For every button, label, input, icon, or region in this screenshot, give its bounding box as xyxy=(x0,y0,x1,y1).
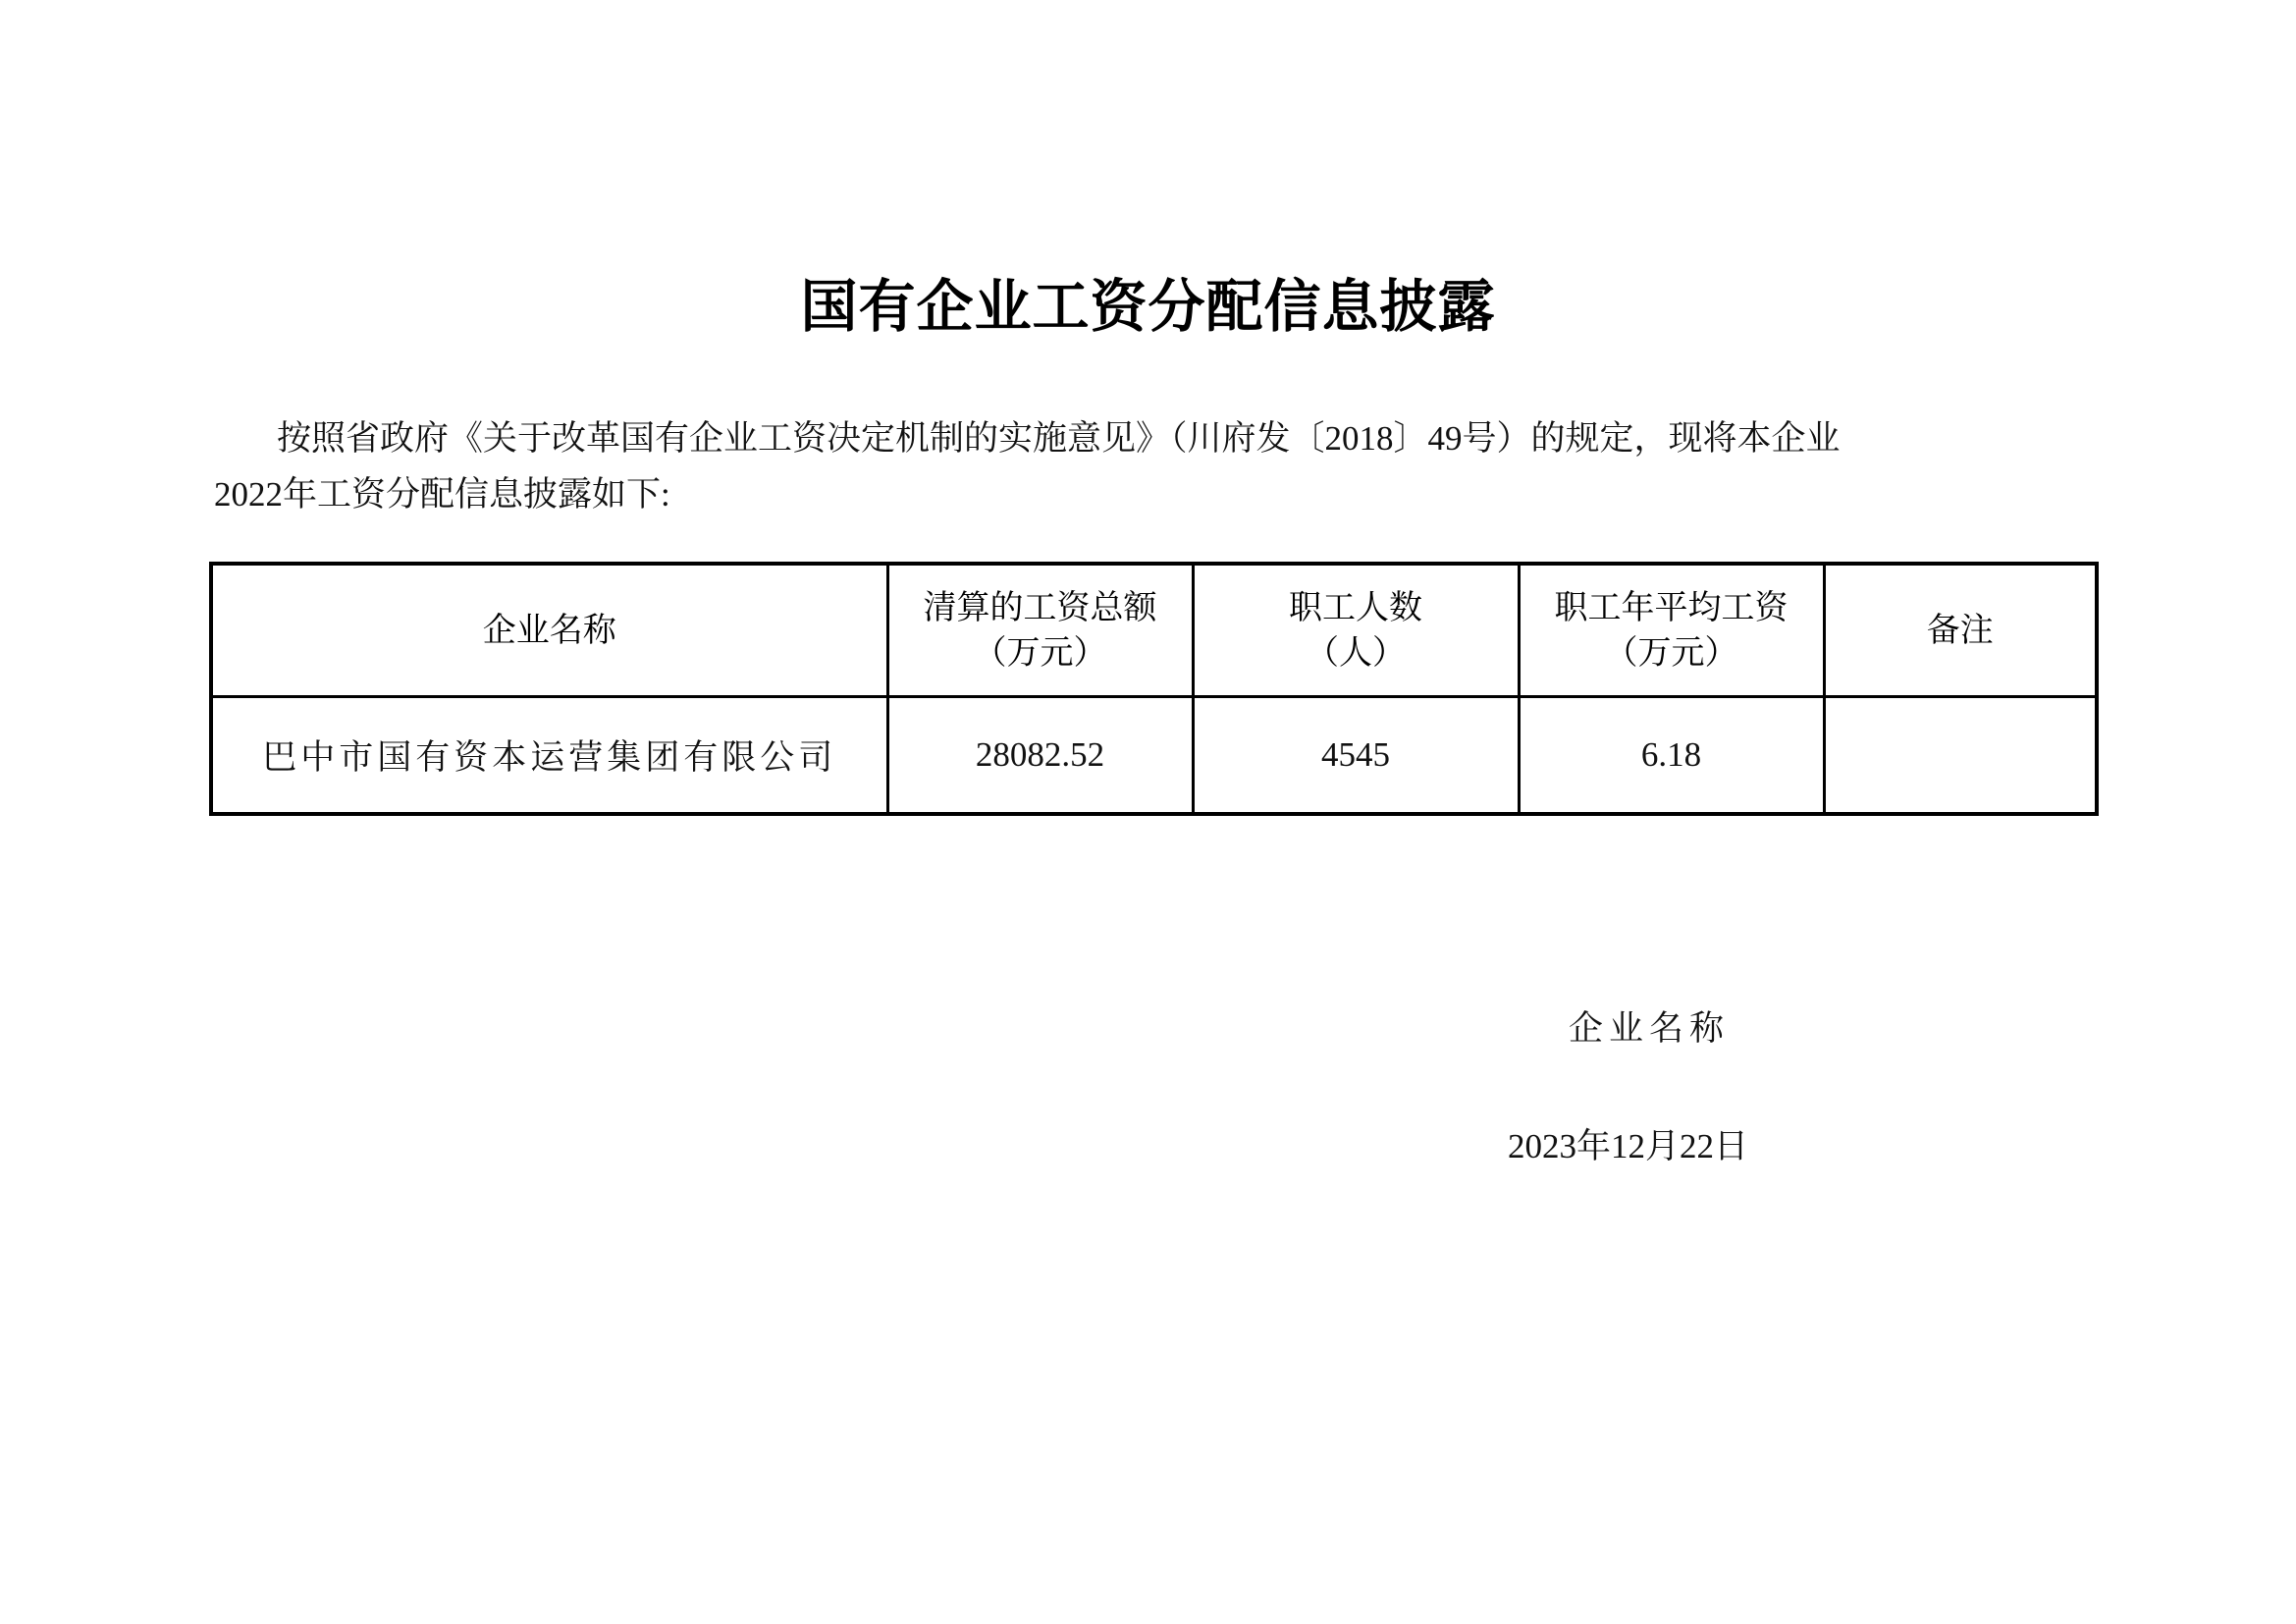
table-row: 巴中市国有资本运营集团有限公司 28082.52 4545 6.18 xyxy=(211,697,2097,815)
cell-employee-count: 4545 xyxy=(1193,697,1519,815)
header-total-wages: 清算的工资总额 （万元） xyxy=(887,564,1193,697)
signature-date: 2023年12月22日 xyxy=(1508,1119,1748,1168)
header-remarks: 备注 xyxy=(1824,564,2097,697)
cell-company-name: 巴中市国有资本运营集团有限公司 xyxy=(211,697,887,815)
intro-line-2: 2022年工资分配信息披露如下: xyxy=(214,466,2059,522)
intro-paragraph: 按照省政府《关于改革国有企业工资决定机制的实施意见》（川府发〔2018〕49号）… xyxy=(214,410,2059,522)
signature-company-name: 企业名称 xyxy=(1569,1001,1730,1051)
wage-disclosure-table: 企业名称 清算的工资总额 （万元） 职工人数 （人） 职工年平均工资 （万元） … xyxy=(209,562,2099,816)
cell-total-wages: 28082.52 xyxy=(887,697,1193,815)
table-header-row: 企业名称 清算的工资总额 （万元） 职工人数 （人） 职工年平均工资 （万元） … xyxy=(211,564,2097,697)
header-employee-count: 职工人数 （人） xyxy=(1193,564,1519,697)
document-page: 国有企业工资分配信息披露 按照省政府《关于改革国有企业工资决定机制的实施意见》（… xyxy=(0,0,2296,1624)
cell-average-wage: 6.18 xyxy=(1519,697,1824,815)
header-company-name: 企业名称 xyxy=(211,564,887,697)
header-average-wage: 职工年平均工资 （万元） xyxy=(1519,564,1824,697)
intro-line-1: 按照省政府《关于改革国有企业工资决定机制的实施意见》（川府发〔2018〕49号）… xyxy=(214,410,2059,466)
cell-remarks xyxy=(1824,697,2097,815)
document-title: 国有企业工资分配信息披露 xyxy=(0,271,2296,342)
